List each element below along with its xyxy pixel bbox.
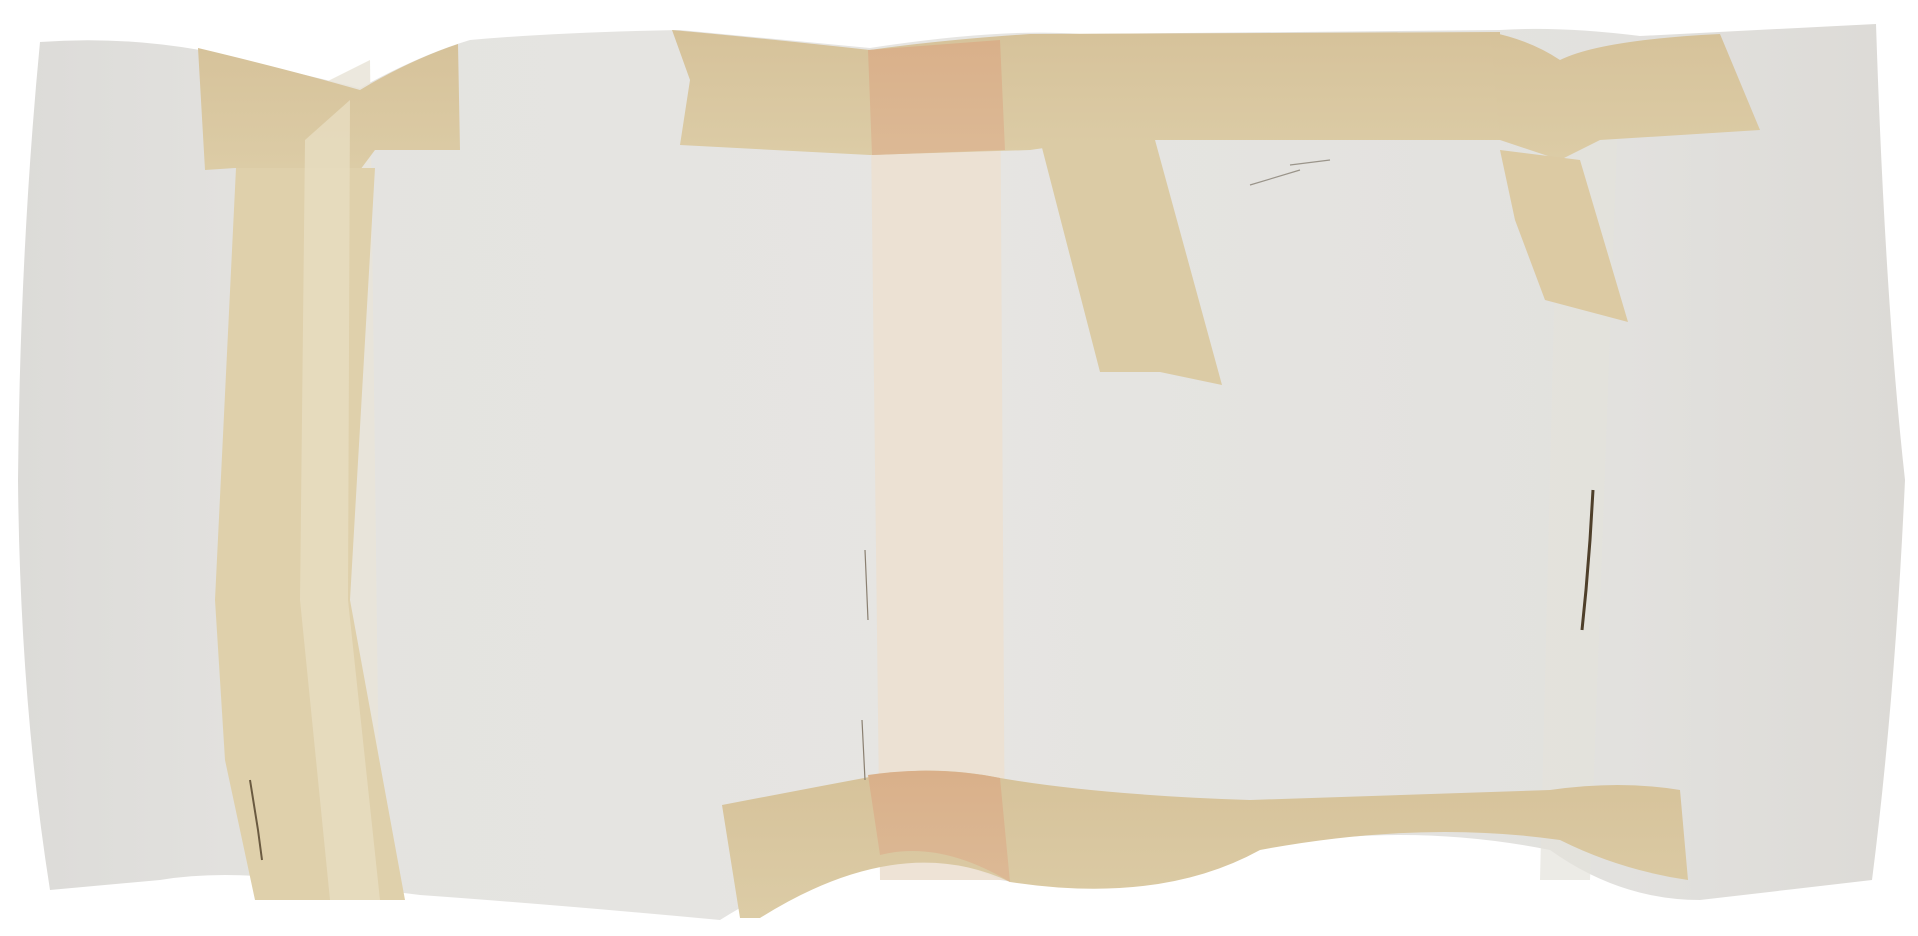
- photo-scene: [0, 0, 1918, 936]
- fold-strip-center: [870, 40, 1005, 880]
- tape-top-dark-section: [868, 40, 1005, 155]
- tape-top-long: [672, 30, 1500, 155]
